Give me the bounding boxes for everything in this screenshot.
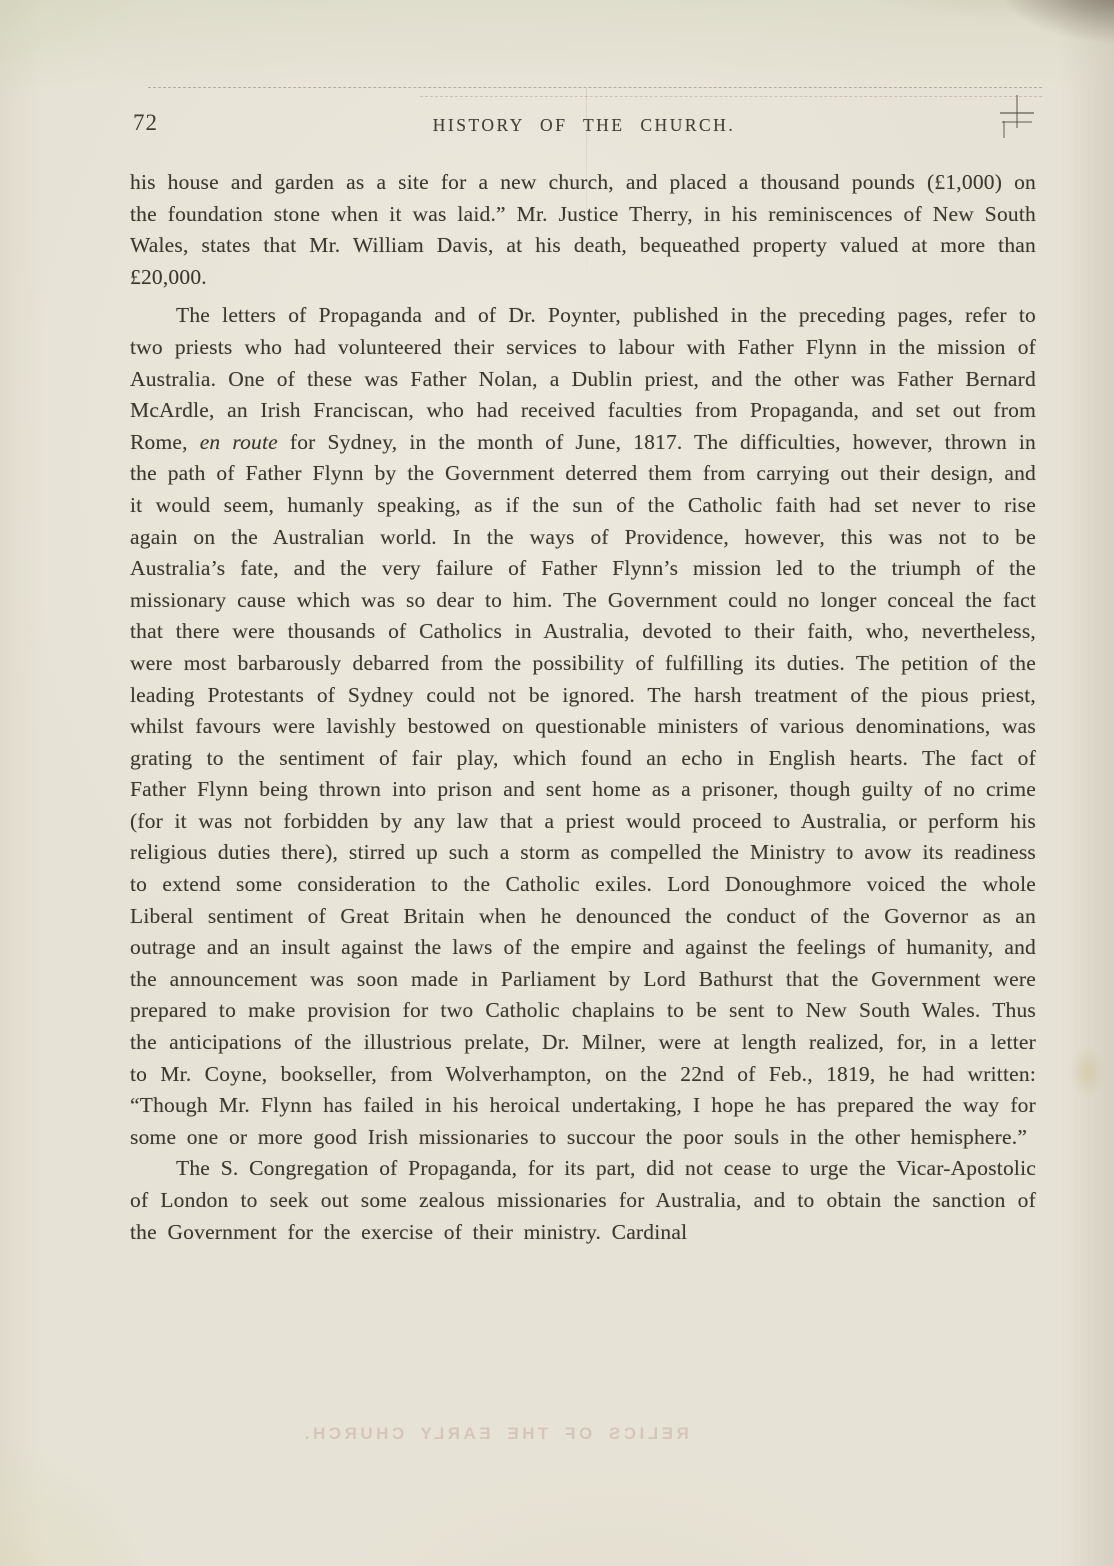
italic-phrase: en route bbox=[200, 430, 278, 454]
show-through-mirrored-text: RELICS OF THE EARLY CHURCH. bbox=[285, 1424, 705, 1444]
running-header: HISTORY OF THE CHURCH. bbox=[130, 115, 1038, 136]
paragraph-text: The S. Congregation of Propaganda, for i… bbox=[130, 1156, 1036, 1243]
paragraph: his house and garden as a site for a new… bbox=[130, 167, 1036, 293]
paragraph-text: for Sydney, in the month of June, 1817. … bbox=[130, 430, 1036, 1149]
paragraph-text: his house and garden as a site for a new… bbox=[130, 170, 1036, 289]
paragraph: The S. Congregation of Propaganda, for i… bbox=[130, 1153, 1036, 1248]
paragraph: The letters of Propaganda and of Dr. Poy… bbox=[130, 300, 1036, 1153]
page-body: his house and garden as a site for a new… bbox=[130, 167, 1036, 1248]
scan-artifact-dashed-line bbox=[148, 87, 1042, 88]
scan-artifact-dashed-line bbox=[420, 96, 1042, 97]
scanned-book-page: 72 HISTORY OF THE CHURCH. his house and … bbox=[0, 0, 1114, 1566]
